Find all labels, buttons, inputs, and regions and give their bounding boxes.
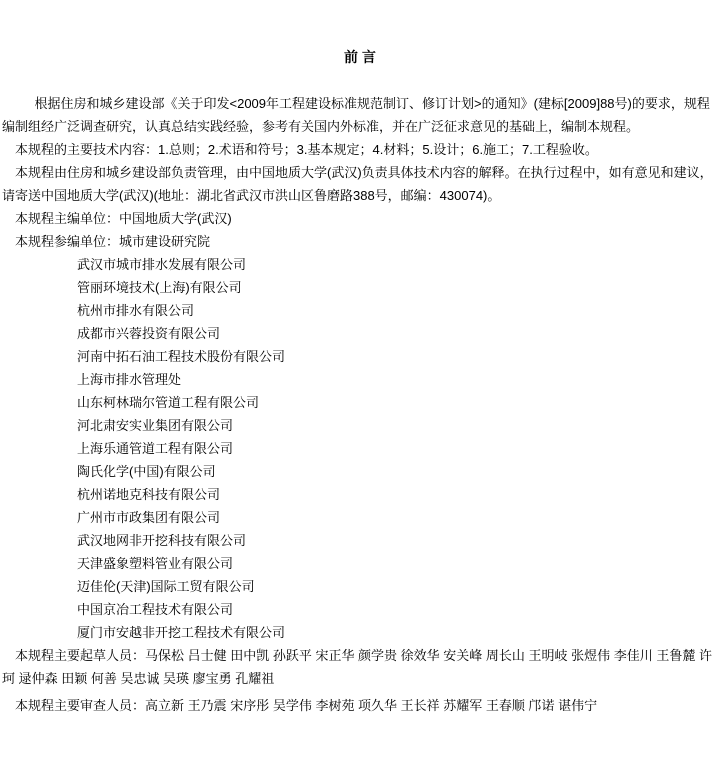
list-item: 河北肃安实业集团有限公司 <box>2 414 718 437</box>
list-item: 厦门市安越非开挖工程技术有限公司 <box>2 621 718 644</box>
list-item: 广州市市政集团有限公司 <box>2 506 718 529</box>
paragraph-basis: 根据住房和城乡建设部《关于印发<2009年工程建设标准规范制订、修订计划>的通知… <box>2 92 718 138</box>
preface-page: 前 言 根据住房和城乡建设部《关于印发<2009年工程建设标准规范制订、修订计划… <box>0 0 720 761</box>
page-title: 前 言 <box>2 46 718 69</box>
list-item: 天津盛象塑料管业有限公司 <box>2 552 718 575</box>
list-item: 中国京冶工程技术有限公司 <box>2 598 718 621</box>
list-item: 管丽环境技术(上海)有限公司 <box>2 276 718 299</box>
list-item: 武汉市城市排水发展有限公司 <box>2 253 718 276</box>
list-item: 陶氏化学(中国)有限公司 <box>2 460 718 483</box>
list-item: 上海市排水管理处 <box>2 368 718 391</box>
paragraph-management: 本规程由住房和城乡建设部负责管理，由中国地质大学(武汉)负责具体技术内容的解释。… <box>2 161 718 207</box>
list-item: 河南中拓石油工程技术股份有限公司 <box>2 345 718 368</box>
chief-editor-unit-line: 本规程主编单位：中国地质大学(武汉) <box>2 207 718 230</box>
list-item: 山东柯林瑞尔管道工程有限公司 <box>2 391 718 414</box>
participating-units-list: 武汉市城市排水发展有限公司 管丽环境技术(上海)有限公司 杭州市排水有限公司 成… <box>2 253 718 644</box>
list-item: 上海乐通管道工程有限公司 <box>2 437 718 460</box>
participating-unit-lead-line: 本规程参编单位：城市建设研究院 <box>2 230 718 253</box>
list-item: 杭州诺地克科技有限公司 <box>2 483 718 506</box>
reviewers-line: 本规程主要审查人员：高立新 王乃震 宋序彤 吴学伟 李树苑 项久华 王长祥 苏耀… <box>2 694 718 717</box>
list-item: 迈佳伦(天津)国际工贸有限公司 <box>2 575 718 598</box>
drafters-line: 本规程主要起草人员：马保松 吕士健 田中凯 孙跃平 宋正华 颜学贵 徐效华 安关… <box>2 644 718 690</box>
list-item: 武汉地网非开挖科技有限公司 <box>2 529 718 552</box>
list-item: 成都市兴蓉投资有限公司 <box>2 322 718 345</box>
list-item: 杭州市排水有限公司 <box>2 299 718 322</box>
paragraph-technical-contents: 本规程的主要技术内容：1.总则；2.术语和符号；3.基本规定；4.材料；5.设计… <box>2 138 718 161</box>
